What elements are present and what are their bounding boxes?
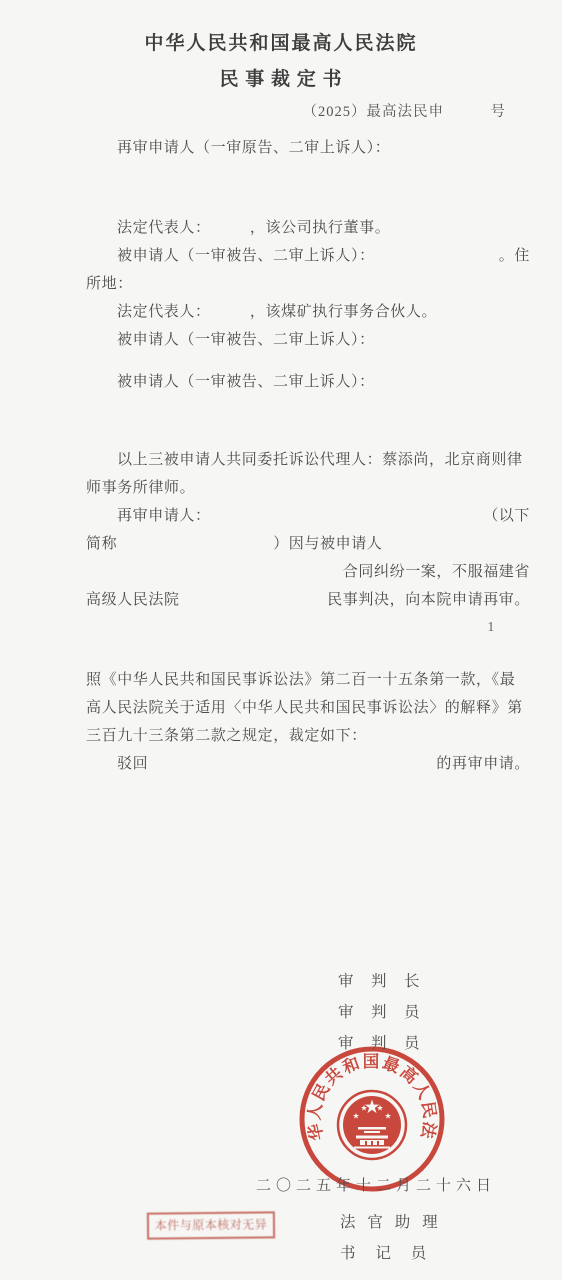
- high-court-label: 高级人民法院: [86, 586, 180, 614]
- ruling-basis-line-2: 高人民法院关于适用〈中华人民共和国民事诉讼法〉的解释》第: [86, 694, 530, 722]
- respondent2-line: 被申请人（一审被告、二审上诉人）：: [86, 326, 530, 354]
- retrial-applicant-line: 再审申请人（一审原告、二审上诉人）：: [86, 134, 530, 162]
- ruling-result-line: 驳回 的再审申请。: [86, 750, 530, 778]
- agents-line-2: 师事务所律师。: [86, 474, 530, 502]
- court-name-title: 中华人民共和国最高人民法院: [0, 28, 562, 55]
- document-body: 再审申请人（一审原告、二审上诉人）： 法定代表人： ，该公司执行董事。 被申请人…: [86, 134, 530, 778]
- redacted-block: [86, 396, 530, 446]
- redacted-block: [86, 162, 530, 214]
- ruling-basis-line-3: 三百九十三条第二款之规定，裁定如下：: [86, 722, 530, 750]
- respondent1-tail: 。住: [499, 242, 530, 270]
- case-intro-line-3: 合同纠纷一案，不服福建省: [86, 558, 530, 586]
- case-intro-line-4: 高级人民法院 民事判决，向本院申请再审。: [86, 586, 530, 614]
- ruling-result-reject: 驳回: [86, 750, 148, 778]
- legal-rep-company-line: 法定代表人： ，该公司执行董事。: [86, 214, 530, 242]
- case-intro-applicant: 再审申请人：: [86, 502, 211, 530]
- judge-assistant-line: 法 官 助 理: [340, 1210, 442, 1232]
- judge-line-2: 审 判 员: [338, 1028, 421, 1059]
- respondent3-line: 被申请人（一审被告、二审上诉人）：: [86, 368, 530, 396]
- ruling-result-tail: 的再审申请。: [436, 750, 530, 778]
- verification-stamp: 本件与原本核对无异: [147, 1211, 275, 1239]
- document-header: 中华人民共和国最高人民法院 民 事 裁 定 书 （2025）最高法民申 号: [0, 28, 562, 121]
- redacted-block: [86, 354, 530, 368]
- paragraph-gap: [86, 642, 530, 666]
- case-intro-judgment: 民事判决，向本院申请再审。: [327, 586, 530, 614]
- page-number: 1: [86, 614, 530, 642]
- case-intro-line-2: 简称 ）因与被申请人: [86, 530, 530, 558]
- agents-line-1: 以上三被申请人共同委托诉讼代理人：蔡添尚，北京商则律: [86, 446, 530, 474]
- clerk-line: 书 记 员: [340, 1241, 434, 1263]
- respondent1-label: 被申请人（一审被告、二审上诉人）：: [86, 242, 375, 270]
- case-intro-line-1: 再审申请人： （以下: [86, 502, 530, 530]
- national-emblem-icon: [338, 1091, 406, 1159]
- legal-rep-mine-line: 法定代表人： ，该煤矿执行事务合伙人。: [86, 298, 530, 326]
- ruling-date: 二〇二五年十二月二十六日: [256, 1174, 496, 1195]
- presiding-judge-line: 审 判 长: [338, 966, 421, 997]
- civil-ruling-document: 中华人民共和国最高人民法院 民 事 裁 定 书 （2025）最高法民申 号 再审…: [0, 0, 562, 1280]
- respondent1-line: 被申请人（一审被告、二审上诉人）： 。住: [86, 242, 530, 270]
- respondent1-address-cont: 所地：: [86, 270, 530, 298]
- ruling-basis-line-1: 照《中华人民共和国民事诉讼法》第二百一十五条第一款，《最: [86, 666, 530, 694]
- document-type-title: 民 事 裁 定 书: [0, 64, 562, 91]
- judge-line-1: 审 判 员: [338, 997, 421, 1028]
- signature-block: 审 判 长 审 判 员 审 判 员: [338, 966, 421, 1059]
- case-intro-paren-open: （以下: [483, 502, 530, 530]
- case-number: （2025）最高法民申 号: [0, 100, 562, 121]
